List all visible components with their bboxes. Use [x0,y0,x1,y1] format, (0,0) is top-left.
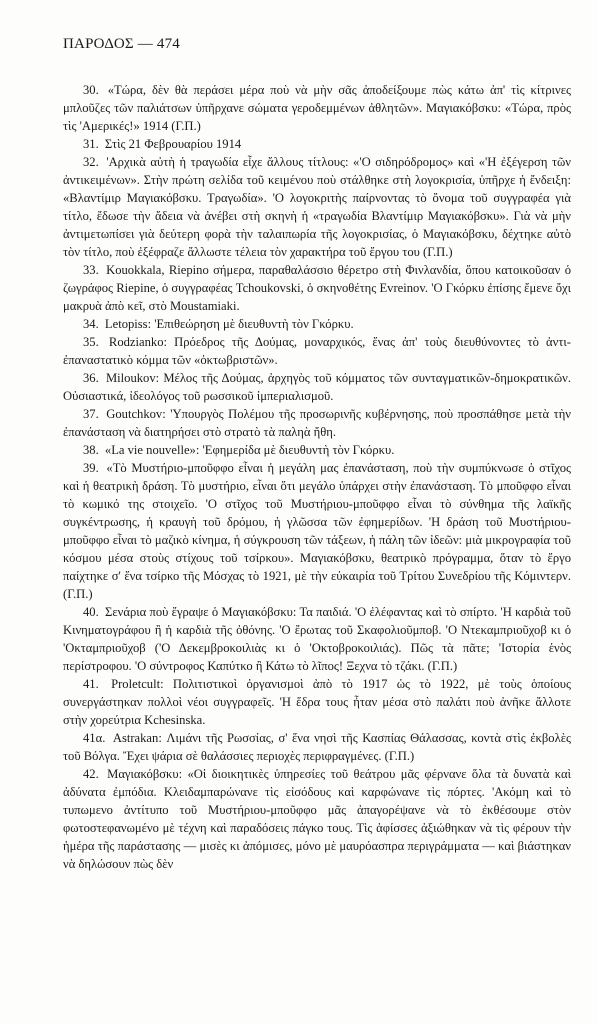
note-number: 32. [83,155,99,169]
endnote-41: 41. Proletcult: Πολιτιστικοὶ ὀργανισμοὶ … [63,675,571,729]
note-number: 35. [83,335,99,349]
note-text: Goutchkov: 'Υπουργὸς Πολέμου τῆς προσωρι… [63,407,571,439]
endnote-39: 39. «Τὸ Μυστήριο-μποῦφφο εἶναι ἡ μεγάλη … [63,459,571,603]
endnote-40: 40. Σενάρια ποὺ ἔγραψε ὁ Μαγιακόβσκυ: Τα… [63,603,571,675]
note-number: 41. [83,677,99,691]
endnote-37: 37. Goutchkov: 'Υπουργὸς Πολέμου τῆς προ… [63,405,571,441]
endnote-38: 38. «La vie nouvelle»: 'Εφημερίδα μὲ διε… [63,441,571,459]
note-text: Astrakan: Λιμάνι τῆς Ρωσσίας, σ' ἕνα νησ… [63,731,571,763]
note-number: 42. [83,767,99,781]
endnote-34: 34. Letopiss: 'Επιθεώρηση μὲ διευθυντὴ τ… [63,315,571,333]
note-number: 39. [83,461,99,475]
endnote-41a: 41α. Astrakan: Λιμάνι τῆς Ρωσσίας, σ' ἕν… [63,729,571,765]
running-header: ΠΑΡΟΔΟΣ — 474 [63,36,180,53]
note-text: Σενάρια ποὺ ἔγραψε ὁ Μαγιακόβσκυ: Τα παι… [63,605,571,673]
note-number: 37. [83,407,99,421]
note-text: «Τώρα, δὲν θὰ περάσει μέρα ποὺ νὰ μὴν σᾶ… [63,83,571,133]
note-number: 41α. [83,731,105,745]
note-number: 36. [83,371,99,385]
note-number: 30. [83,83,99,97]
endnote-30: 30. «Τώρα, δὲν θὰ περάσει μέρα ποὺ νὰ μὴ… [63,81,571,135]
note-number: 31. [83,137,99,151]
note-number: 40. [83,605,99,619]
endnote-33: 33. Kouokkala, Riepino σήμερα, παραθαλάσ… [63,261,571,315]
note-text: Στὶς 21 Φεβρουαρίου 1914 [105,137,241,151]
endnote-42: 42. Μαγιακόβσκυ: «Οἱ διοικητικὲς ὑπηρεσί… [63,765,571,873]
note-text: 'Αρχικὰ αὐτὴ ἡ τραγωδία εἶχε ἄλλους τίτλ… [63,155,571,259]
endnotes-column: 30. «Τώρα, δὲν θὰ περάσει μέρα ποὺ νὰ μὴ… [63,81,571,873]
note-text: Μαγιακόβσκυ: «Οἱ διοικητικὲς ὑπηρεσίες τ… [63,767,571,871]
note-text: Kouokkala, Riepino σήμερα, παραθαλάσσιο … [63,263,571,313]
note-number: 34. [83,317,99,331]
endnote-31: 31. Στὶς 21 Φεβρουαρίου 1914 [63,135,571,153]
note-number: 38. [83,443,99,457]
endnote-32: 32. 'Αρχικὰ αὐτὴ ἡ τραγωδία εἶχε ἄλλους … [63,153,571,261]
note-number: 33. [83,263,99,277]
note-text: «La vie nouvelle»: 'Εφημερίδα μὲ διευθυν… [105,443,394,457]
note-text: Rodzianko: Πρόεδρος τῆς Δούμας, μοναρχικ… [63,335,571,367]
note-text: Letopiss: 'Επιθεώρηση μὲ διευθυντὴ τὸν Γ… [105,317,354,331]
note-text: «Τὸ Μυστήριο-μποῦφφο εἶναι ἡ μεγάλη μας … [63,461,571,601]
endnote-35: 35. Rodzianko: Πρόεδρος τῆς Δούμας, μονα… [63,333,571,369]
endnote-36: 36. Miloukov: Μέλος τῆς Δούμας, ἀρχηγὸς … [63,369,571,405]
note-text: Proletcult: Πολιτιστικοὶ ὀργανισμοὶ ἀπὸ … [63,677,571,727]
note-text: Miloukov: Μέλος τῆς Δούμας, ἀρχηγὸς τοῦ … [63,371,571,403]
